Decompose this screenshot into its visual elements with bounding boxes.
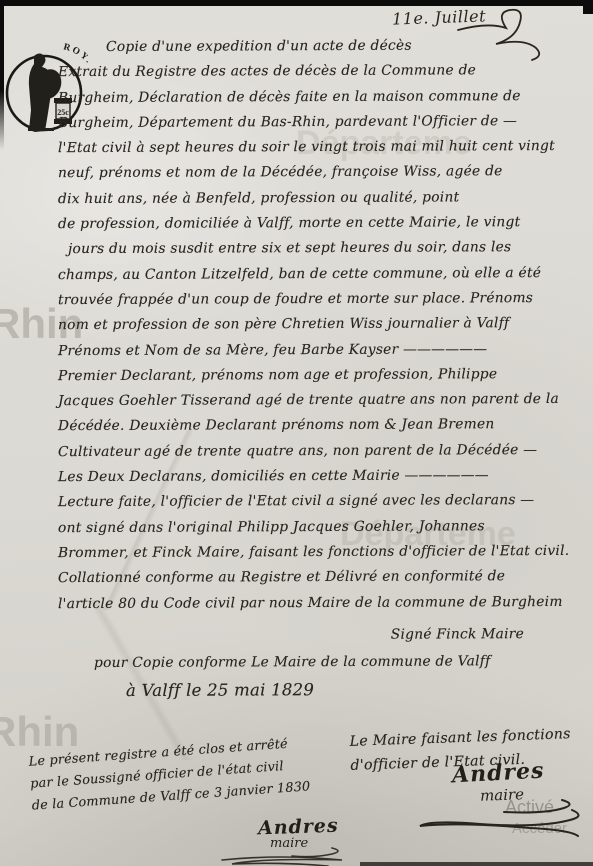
closing-note: Le présent registre a été clos et arrêté… <box>28 732 311 817</box>
manuscript-line: Brommer, et Finck Maire, faisant les fon… <box>58 539 578 567</box>
manuscript-line: de profession, domiciliée à Valff, morte… <box>58 210 578 238</box>
signature-flourish-icon <box>412 796 584 842</box>
manuscript-line: ont signé dans l'original Philipp Jacque… <box>58 514 578 542</box>
manuscript-line: trouvée frappée d'un coup de foudre et m… <box>58 286 578 314</box>
manuscript-line: Premier Declarant, prénoms nom age et pr… <box>58 362 578 390</box>
manuscript-line: Burgheim, Déclaration de décès faite en … <box>58 83 578 111</box>
signature-flourish-icon <box>212 846 362 866</box>
manuscript-line: Burgheim, Département du Bas-Rhin, parde… <box>58 109 578 137</box>
scanned-register-page: Rhin Rhin Départeme Départeme Activé Acc… <box>0 0 593 866</box>
manuscript-line: Signé Finck Maire <box>58 622 578 650</box>
manuscript-line: nom et profession de son père Chretien W… <box>58 311 578 339</box>
manuscript-line: neuf, prénoms et nom de la Décédée, fran… <box>58 159 578 187</box>
scan-edge-bottom <box>360 862 593 866</box>
manuscript-line: Cultivateur agé de trente quatre ans, no… <box>58 438 578 466</box>
manuscript-line: Lecture faite, l'officier de l'Etat civi… <box>58 488 578 516</box>
manuscript-line: Extrait du Registre des actes de décès d… <box>58 58 578 86</box>
manuscript-line: Copie d'une expedition d'un acte de décè… <box>106 33 578 60</box>
manuscript-line: Prénoms et Nom de sa Mère, feu Barbe Kay… <box>58 336 578 364</box>
manuscript-line: champs, au Canton Litzelfeld, ban de cet… <box>58 261 578 289</box>
manuscript-body: Copie d'une expedition d'un acte de décè… <box>58 34 578 703</box>
manuscript-line: Collationné conforme au Registre et Déli… <box>58 564 578 592</box>
manuscript-line: l'Etat civil à sept heures du soir le vi… <box>58 134 578 162</box>
signature-andres-right: Andres <box>451 758 545 789</box>
manuscript-line: Les Deux Declarans, domiciliés en cette … <box>58 463 578 491</box>
manuscript-line: pour Copie conforme Le Maire de la commu… <box>94 649 578 676</box>
manuscript-line: à Valff le 25 mai 1829 <box>126 676 578 703</box>
manuscript-line: l'article 80 du Code civil par nous Mair… <box>58 589 578 617</box>
manuscript-line: Jacques Goehler Tisserand agé de trente … <box>58 387 578 415</box>
manuscript-line: Décédée. Deuxième Declarant prénoms nom … <box>58 412 578 440</box>
manuscript-line: jours du mois susdit entre six et sept h… <box>68 235 578 263</box>
scan-edge-corner <box>583 0 593 14</box>
manuscript-line: dix huit ans, née à Benfeld, profession … <box>58 185 578 213</box>
